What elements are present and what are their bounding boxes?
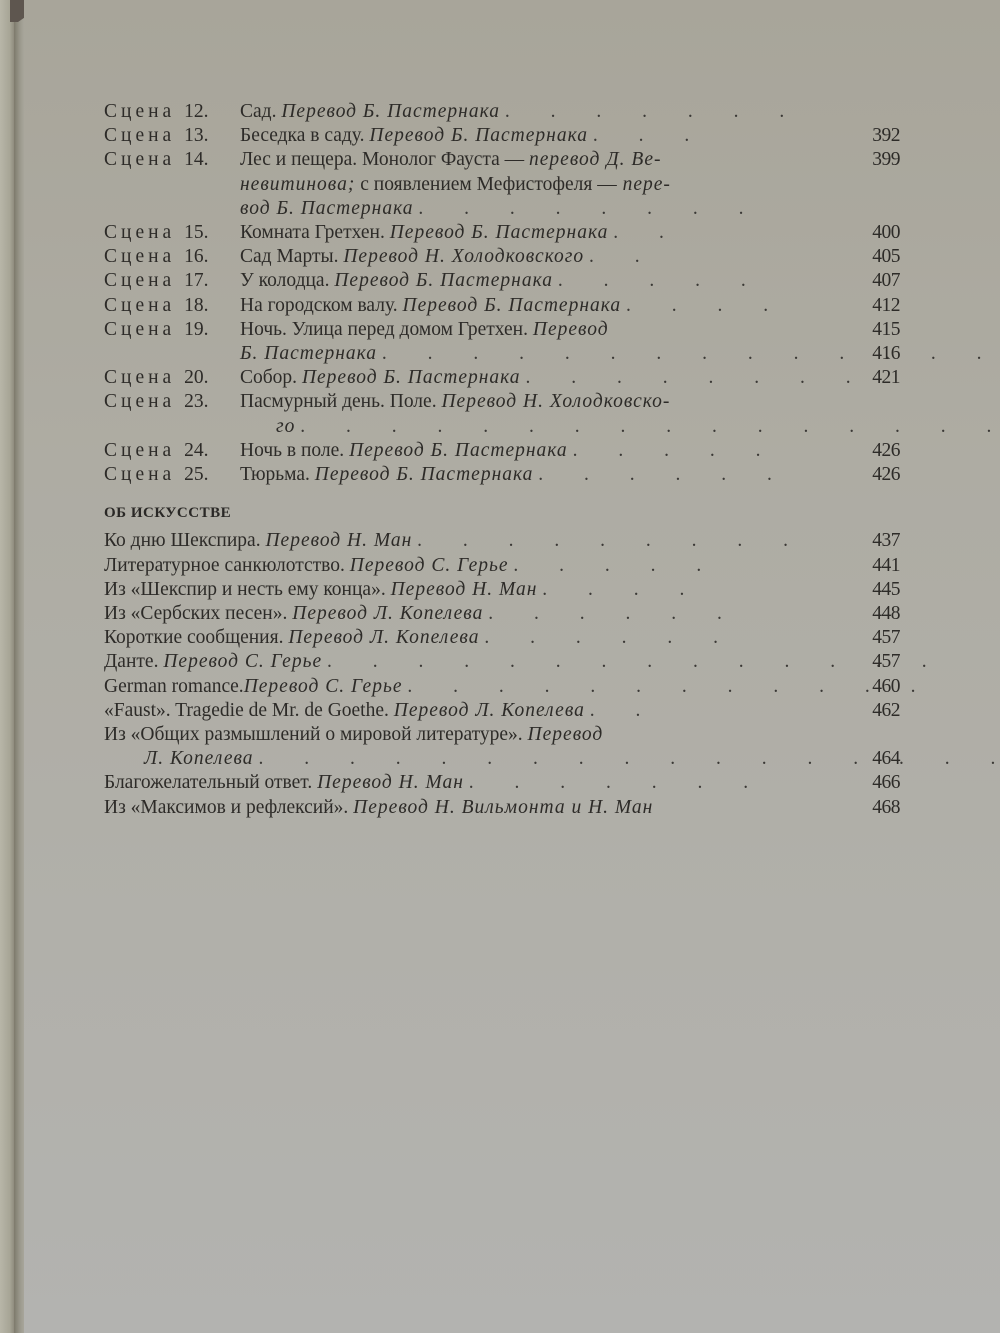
entry-translator: Перевод Б. Пастернака (315, 464, 534, 485)
toc-entry: German romance.Перевод С. Герье . . . . … (104, 675, 900, 699)
leader-dots: . . . (593, 125, 707, 146)
entry-translator-cont: Б. Пастернака (240, 343, 377, 364)
scene-number: 25. (184, 464, 208, 485)
entry-translator: перевод Д. Ве- (529, 149, 661, 170)
entry-title: Ночь. Улица перед домом Гретхен. (240, 319, 528, 340)
section-heading: ОБ ИСКУССТВЕ (104, 501, 900, 525)
entry-translator: Перевод Б. Пастернака (281, 101, 500, 122)
scene-number: 16. (184, 246, 208, 267)
toc-entry-scene-25: Сцена 25. Тюрьма. Перевод Б. Пастернака … (104, 463, 900, 487)
toc-entry-scene-19: Сцена 19. Ночь. Улица перед домом Гретхе… (104, 318, 900, 342)
entry-title: Пасмурный день. Поле. (240, 391, 437, 412)
entry-translator: Перевод Б. Пастернака (334, 270, 553, 291)
entry-title: Ко дню Шекспира. (104, 530, 261, 551)
entry-translator: Перевод Н. Ман (265, 530, 412, 551)
page-number: 462 (840, 699, 900, 723)
entry-translator: Перевод Н. Холодковского (343, 246, 584, 267)
entry-translator: Перевод Н. Ман (317, 772, 464, 793)
entry-title: Из «Шекспир и несть ему конца». (104, 579, 386, 600)
entry-title: Сад Марты. (240, 246, 338, 267)
scene-label: Сцена (104, 464, 175, 485)
scene-number: 19. (184, 319, 208, 340)
leader-dots: . . . . . . (484, 627, 736, 648)
scene-number: 24. (184, 440, 208, 461)
toc-entry-scene-15: Сцена 15. Комната Гретхен. Перевод Б. Па… (104, 221, 900, 245)
toc-entry: Короткие сообщения. Перевод Л. Копелева … (104, 626, 900, 650)
entry-title: «Faust». Tragedie de Mr. de Goethe. (104, 700, 389, 721)
entry-translator: Перевод С. Герье (350, 555, 509, 576)
page-number: 426 (840, 463, 900, 487)
leader-dots: . . . . . . (488, 603, 740, 624)
scene-number: 18. (184, 295, 208, 316)
toc-entry: Благожелательный ответ. Перевод Н. Ман .… (104, 771, 900, 795)
page-number: 468 (840, 796, 900, 820)
entry-translator: Перевод Н. Холодковско- (441, 391, 670, 412)
page-number: 400 (840, 221, 900, 245)
toc-entry-scene-20: Сцена 20. Собор. Перевод Б. Пастернака .… (104, 366, 900, 390)
scene-label: Сцена (104, 125, 175, 146)
adjacent-page-edge (0, 0, 14, 1333)
entry-translator: Перевод Л. Копелева (394, 700, 585, 721)
page-number: 466 (840, 771, 900, 795)
entry-translator: Перевод С. Герье (163, 651, 322, 672)
page-number: 464 (840, 747, 900, 771)
entry-title: Тюрьма. (240, 464, 310, 485)
leader-dots: . . . . . . . . . . . . . . (382, 343, 1000, 364)
entry-translator: Перевод Л. Копелева (292, 603, 483, 624)
leader-dots: . . . . . . (538, 464, 790, 485)
entry-translator: Перевод Б. Пастернака (403, 295, 622, 316)
entry-title: Собор. (240, 367, 297, 388)
entry-title: Из «Общих размышлений о мировой литерату… (104, 724, 523, 745)
scene-number: 23. (184, 391, 208, 412)
scene-number: 20. (184, 367, 208, 388)
entry-translator-cont: вод Б. Пастернака (240, 198, 413, 219)
page-number: 457 (840, 650, 900, 674)
toc-entry-scene-24: Сцена 24. Ночь в поле. Перевод Б. Пастер… (104, 439, 900, 463)
leader-dots: . . . . (626, 295, 786, 316)
toc-entry-scene-14: Сцена 14. Лес и пещера. Монолог Фауста —… (104, 148, 900, 221)
page-number: 392 (840, 124, 900, 148)
leader-dots: . . (590, 700, 659, 721)
page-number: 415 (840, 318, 900, 342)
leader-dots: . . (589, 246, 658, 267)
entry-title: Благожелательный ответ. (104, 772, 312, 793)
toc-entry: Литературное санкюлотство. Перевод С. Ге… (104, 554, 900, 578)
toc-entry-scene-23: Сцена 23. Пасмурный день. Поле. Перевод … (104, 390, 900, 438)
scene-label: Сцена (104, 101, 175, 122)
scene-label: Сцена (104, 367, 175, 388)
entry-title: Короткие сообщения. (104, 627, 283, 648)
entry-title: У колодца. (240, 270, 329, 291)
leader-dots: . . . . . . . (469, 772, 766, 793)
entry-title: German romance. (104, 676, 244, 697)
page-number: 445 (840, 578, 900, 602)
toc-entry-scene-17: Сцена 17. У колодца. Перевод Б. Пастерна… (104, 269, 900, 293)
scene-label: Сцена (104, 246, 175, 267)
scene-label: Сцена (104, 295, 175, 316)
entry-title: Ночь в поле. (240, 440, 344, 461)
toc-entry: «Faust». Tragedie de Mr. de Goethe. Пере… (104, 699, 900, 723)
entry-title: Сад. (240, 101, 276, 122)
entry-title: Данте. (104, 651, 158, 672)
table-of-contents: Сцена 12. Сад. Перевод Б. Пастернака . .… (104, 100, 900, 820)
scene-number: 15. (184, 222, 208, 243)
scene-number: 12. (184, 101, 208, 122)
page-number: 412 (840, 294, 900, 318)
entry-title: Лес и пещера. Монолог Фауста — (240, 149, 524, 170)
entry-translator: Перевод С. Герье (244, 676, 403, 697)
page-number: 421 (840, 366, 900, 390)
toc-entry-scene-12: Сцена 12. Сад. Перевод Б. Пастернака . .… (104, 100, 900, 124)
toc-entry-scene-18: Сцена 18. На городском валу. Перевод Б. … (104, 294, 900, 318)
entry-translator: Перевод Б. Пастернака (390, 222, 609, 243)
scene-label: Сцена (104, 440, 175, 461)
book-spine-shadow (14, 0, 24, 1333)
entry-translator-cont: Л. Копелева (144, 748, 254, 769)
toc-entry: Ко дню Шекспира. Перевод Н. Ман . . . . … (104, 529, 900, 553)
entry-title: На городском валу. (240, 295, 398, 316)
entry-translator-cont: невитинова; (240, 174, 355, 195)
scene-number: 13. (184, 125, 208, 146)
leader-dots: . . . . . (573, 440, 779, 461)
entry-translator: Перевод Б. Пастернака (369, 125, 588, 146)
entry-title: Беседка в саду. (240, 125, 364, 146)
entry-translator: Перевод Н. Вильмонта и Н. Ман (353, 797, 653, 818)
entry-translator: Перевод Б. Пастернака (349, 440, 568, 461)
page-number: 437 (840, 529, 900, 553)
leader-dots: . . . . . (513, 555, 719, 576)
scene-label: Сцена (104, 149, 175, 170)
page-number: 405 (840, 245, 900, 269)
page-number: 460 (840, 675, 900, 699)
entry-translator: Перевод Л. Копелева (288, 627, 479, 648)
leader-dots: . . . . . . . (505, 101, 802, 122)
toc-entry-scene-16: Сцена 16. Сад Марты. Перевод Н. Холодков… (104, 245, 900, 269)
page-number: 426 (840, 439, 900, 463)
entry-translator: Перевод (533, 319, 609, 340)
entry-title: Из «Сербских песен». (104, 603, 287, 624)
entry-translator: Перевод (528, 724, 604, 745)
toc-entry: Из «Сербских песен». Перевод Л. Копелева… (104, 602, 900, 626)
toc-entry-scene-13: Сцена 13. Беседка в саду. Перевод Б. Пас… (104, 124, 900, 148)
entry-translator: Перевод Б. Пастернака (302, 367, 521, 388)
page-number: 407 (840, 269, 900, 293)
entry-title: Литературное санкюлотство. (104, 555, 345, 576)
page-number: 399 (840, 148, 900, 172)
leader-dots: . . . . (542, 579, 702, 600)
leader-dots: . . . . . . . . (418, 198, 761, 219)
leader-dots: . . . . . . . . . . . . . . . . . . (300, 416, 1000, 437)
entry-translator-cont: пере- (617, 174, 671, 195)
page-number: 457 (840, 626, 900, 650)
leader-dots: . . . . . . . . (525, 367, 868, 388)
entry-title: Комната Гретхен. (240, 222, 385, 243)
leader-dots: . . . . . (558, 270, 764, 291)
page-number: 448 (840, 602, 900, 626)
toc-entry-scene-19-cont: Б. Пастернака . . . . . . . . . . . . . … (104, 342, 900, 366)
page-number: 441 (840, 554, 900, 578)
scene-number: 17. (184, 270, 208, 291)
toc-entry: Из «Общих размышлений о мировой литерату… (104, 723, 900, 771)
scene-number: 14. (184, 149, 208, 170)
entry-translator-cont: го (276, 416, 295, 437)
entry-title: Из «Максимов и рефлексий». (104, 797, 348, 818)
toc-entry: Данте. Перевод С. Герье . . . . . . . . … (104, 650, 900, 674)
entry-translator: Перевод Н. Ман (391, 579, 538, 600)
page-number: 416 (840, 342, 900, 366)
leader-dots: . . . . . . . . . (417, 530, 806, 551)
scene-label: Сцена (104, 222, 175, 243)
scene-label: Сцена (104, 391, 175, 412)
scene-label: Сцена (104, 319, 175, 340)
leader-dots: . . (613, 222, 682, 243)
toc-entry: Из «Максимов и рефлексий». Перевод Н. Ви… (104, 796, 900, 820)
toc-entry: Из «Шекспир и несть ему конца». Перевод … (104, 578, 900, 602)
entry-title-cont: с появлением Мефистофеля — (355, 174, 616, 195)
scene-label: Сцена (104, 270, 175, 291)
